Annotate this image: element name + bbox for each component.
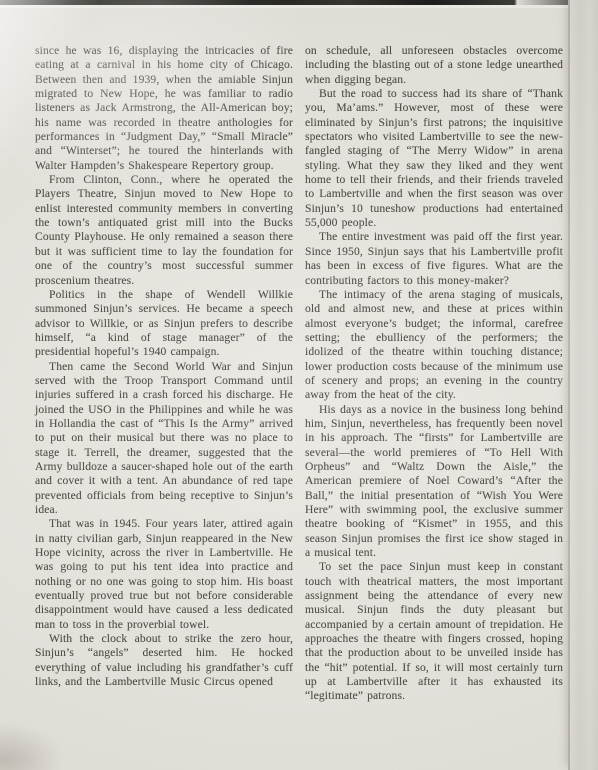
- right-column: on schedule, all unforeseen obstacles ov…: [305, 44, 563, 704]
- paragraph: But the road to success had its share of…: [305, 87, 563, 230]
- page-right-edge: [568, 0, 598, 770]
- paragraph: The intimacy of the arena staging of mus…: [305, 288, 563, 403]
- paragraph: With the clock about to strike the zero …: [35, 632, 293, 689]
- paragraph: From Clinton, Conn., where he operated t…: [35, 173, 293, 288]
- paragraph: That was in 1945. Four years later, atti…: [35, 517, 293, 632]
- paragraph: Then came the Second World War and Sinju…: [35, 360, 293, 518]
- paragraph: since he was 16, displaying the intricac…: [35, 44, 293, 173]
- page-text-area: since he was 16, displaying the intricac…: [35, 44, 563, 704]
- paragraph: To set the pace Sinjun must keep in cons…: [305, 560, 563, 703]
- page-top-highlight: [0, 5, 598, 8]
- left-column: since he was 16, displaying the intricac…: [35, 44, 293, 704]
- paragraph: on schedule, all unforeseen obstacles ov…: [305, 44, 563, 87]
- paragraph: The entire investment was paid off the f…: [305, 230, 563, 287]
- scanned-page: since he was 16, displaying the intricac…: [0, 0, 598, 770]
- paragraph: Politics in the shape of Wendell Willkie…: [35, 288, 293, 360]
- paragraph: His days as a novice in the business lon…: [305, 403, 563, 561]
